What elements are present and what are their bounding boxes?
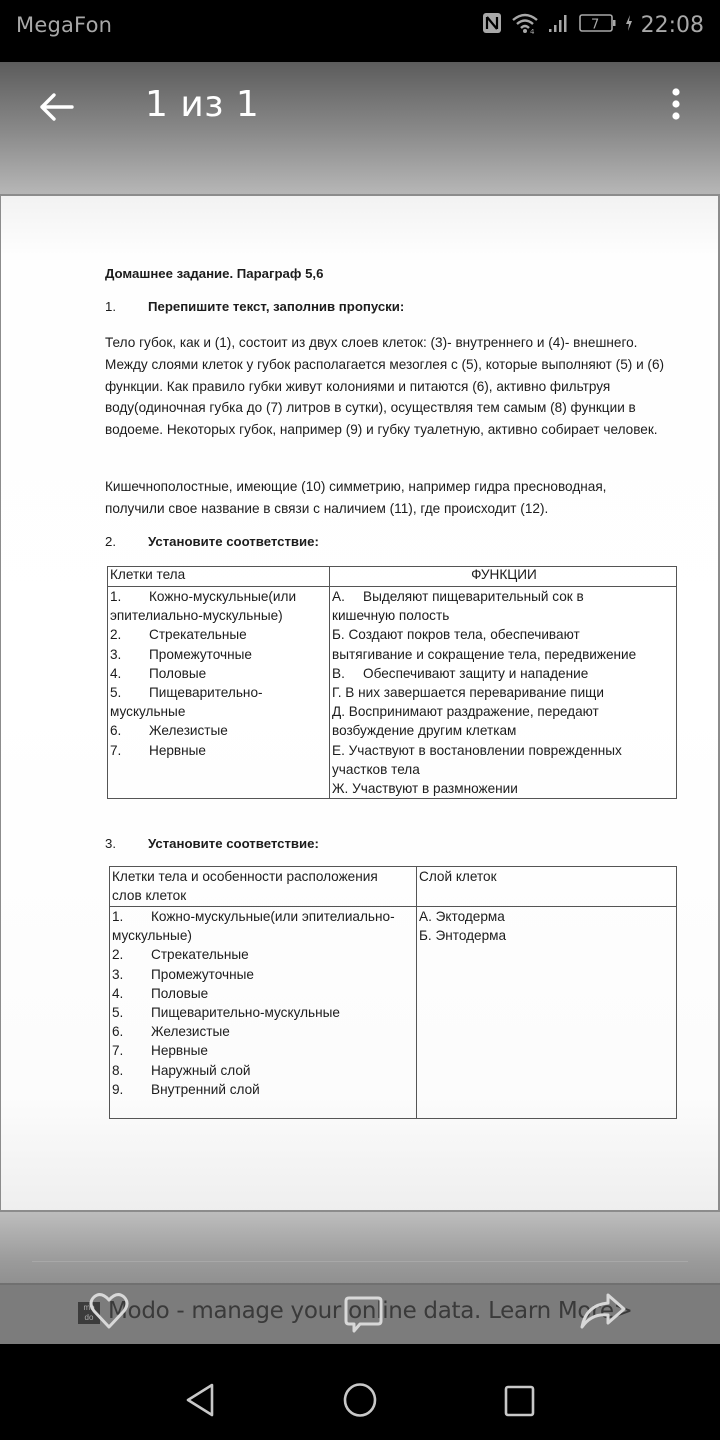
q3-layers-list: А. ЭктодермаБ. Энтодерма xyxy=(417,907,677,1119)
comment-icon xyxy=(344,1295,384,1335)
q3-layer-item: А. Эктодерма xyxy=(419,907,676,926)
question-2-heading: 2.Установите соответствие: xyxy=(105,534,319,549)
nav-home-button[interactable] xyxy=(342,1382,378,1423)
svg-text:7: 7 xyxy=(591,18,599,33)
q2-function-item-continued: возбуждение другим клеткам xyxy=(332,721,676,740)
q3-cells-list: 1.Кожно-мускульные(или эпителиально-муск… xyxy=(110,907,417,1119)
question-3-table: Клетки тела и особенности расположения с… xyxy=(109,866,677,1119)
battery-icon: 7 xyxy=(579,12,617,38)
more-options-button[interactable] xyxy=(664,86,688,128)
q2-header-functions: ФУНКЦИИ xyxy=(330,567,677,587)
document-image[interactable]: Домашнее задание. Параграф 5,6 1.Перепиш… xyxy=(0,194,720,1212)
back-triangle-icon xyxy=(184,1382,216,1418)
q2-function-item: Б. Создают покров тела, обеспечивают xyxy=(332,625,676,644)
nav-back-button[interactable] xyxy=(184,1382,216,1423)
nfc-icon xyxy=(481,12,503,38)
question-3-heading: 3.Установите соответствие: xyxy=(105,836,319,851)
q2-function-item: Ж. Участвуют в размножении xyxy=(332,779,676,798)
q3-cell-item: 8.Наружный слой xyxy=(112,1061,416,1080)
q2-function-item: Е. Участвуют в востановлении поврежденны… xyxy=(332,741,676,760)
wifi-icon: 4 xyxy=(511,12,539,38)
q2-function-item: Г. В них завершается переваривание пищи xyxy=(332,683,676,702)
q2-function-item: Д. Воспринимают раздражение, передают xyxy=(332,702,676,721)
q2-cells-list: 1.Кожно-мускульные(илиэпителиально-муску… xyxy=(108,587,330,799)
q3-cell-item-continued: мускульные) xyxy=(112,926,416,945)
q3-header-layer: Слой клеток xyxy=(417,867,677,907)
question-1-paragraph-1: Тело губок, как и (1), состоит из двух с… xyxy=(105,332,665,441)
share-button[interactable] xyxy=(578,1291,628,1336)
comment-button[interactable] xyxy=(344,1295,384,1340)
status-bar: MegaFon 4 7 22:08 xyxy=(0,0,720,50)
q2-cell-item-continued: мускульные xyxy=(110,702,329,721)
like-button[interactable] xyxy=(88,1291,130,1336)
q3-cell-item: 5.Пищеварительно-мускульные xyxy=(112,1003,416,1022)
home-circle-icon xyxy=(342,1382,378,1418)
question-1-paragraph-2: Кишечнополостные, имеющие (10) симметрию… xyxy=(105,476,665,520)
clock: 22:08 xyxy=(641,13,704,38)
q3-layer-item: Б. Энтодерма xyxy=(419,926,676,945)
ad-banner[interactable]: modo Modo - manage your online data. Lea… xyxy=(0,1283,720,1344)
back-button[interactable] xyxy=(36,86,78,128)
q3-cell-item: 7.Нервные xyxy=(112,1041,416,1060)
q2-cell-item: 1.Кожно-мускульные(или xyxy=(110,587,329,606)
recents-square-icon xyxy=(503,1384,537,1418)
q2-function-item: А.Выделяют пищеварительный сок в xyxy=(332,587,676,606)
viewer-toolbar: 1 из 1 xyxy=(0,62,720,152)
q2-header-cells: Клетки тела xyxy=(108,567,330,587)
status-icons: 4 7 22:08 xyxy=(481,12,704,38)
q2-cell-item: 6.Железистые xyxy=(110,721,329,740)
q2-function-item-continued: вытягивание и сокращение тела, передвиже… xyxy=(332,645,676,664)
more-vertical-icon xyxy=(664,86,688,128)
share-icon xyxy=(578,1291,628,1331)
charging-icon xyxy=(625,12,633,38)
navigation-bar xyxy=(0,1344,720,1440)
nav-recents-button[interactable] xyxy=(503,1384,537,1423)
q2-function-item-continued: участков тела xyxy=(332,760,676,779)
q3-cell-item: 6.Железистые xyxy=(112,1022,416,1041)
page-counter: 1 из 1 xyxy=(145,84,259,125)
q3-cell-item: 9.Внутренний слой xyxy=(112,1080,416,1099)
q2-cell-item: 5.Пищеварительно- xyxy=(110,683,329,702)
q2-cell-item: 4.Половые xyxy=(110,664,329,683)
q3-cell-item: 2.Стрекательные xyxy=(112,945,416,964)
q3-cell-item: 4.Половые xyxy=(112,984,416,1003)
q2-cell-item-continued: эпителиально-мускульные) xyxy=(110,606,329,625)
divider xyxy=(32,1261,688,1262)
q3-cell-item: 3.Промежуточные xyxy=(112,965,416,984)
q2-cell-item: 3.Промежуточные xyxy=(110,645,329,664)
heart-icon xyxy=(88,1291,130,1331)
q2-functions-list: А.Выделяют пищеварительный сок вкишечную… xyxy=(330,587,677,799)
q2-function-item-continued: кишечную полость xyxy=(332,606,676,625)
q3-cell-item: 1.Кожно-мускульные(или эпителиально- xyxy=(112,907,416,926)
question-2-table: Клетки тела ФУНКЦИИ 1.Кожно-мускульные(и… xyxy=(107,566,677,799)
signal-icon xyxy=(547,12,571,38)
arrow-left-icon xyxy=(36,86,78,128)
q2-cell-item: 2.Стрекательные xyxy=(110,625,329,644)
svg-text:4: 4 xyxy=(530,28,535,34)
document-title: Домашнее задание. Параграф 5,6 xyxy=(105,266,323,281)
carrier-name: MegaFon xyxy=(16,13,112,37)
question-1-heading: 1.Перепишите текст, заполнив пропуски: xyxy=(105,299,404,314)
q2-cell-item: 7.Нервные xyxy=(110,741,329,760)
q2-function-item: В.Обеспечивают защиту и нападение xyxy=(332,664,676,683)
q3-header-cells: Клетки тела и особенности расположения с… xyxy=(110,867,417,907)
